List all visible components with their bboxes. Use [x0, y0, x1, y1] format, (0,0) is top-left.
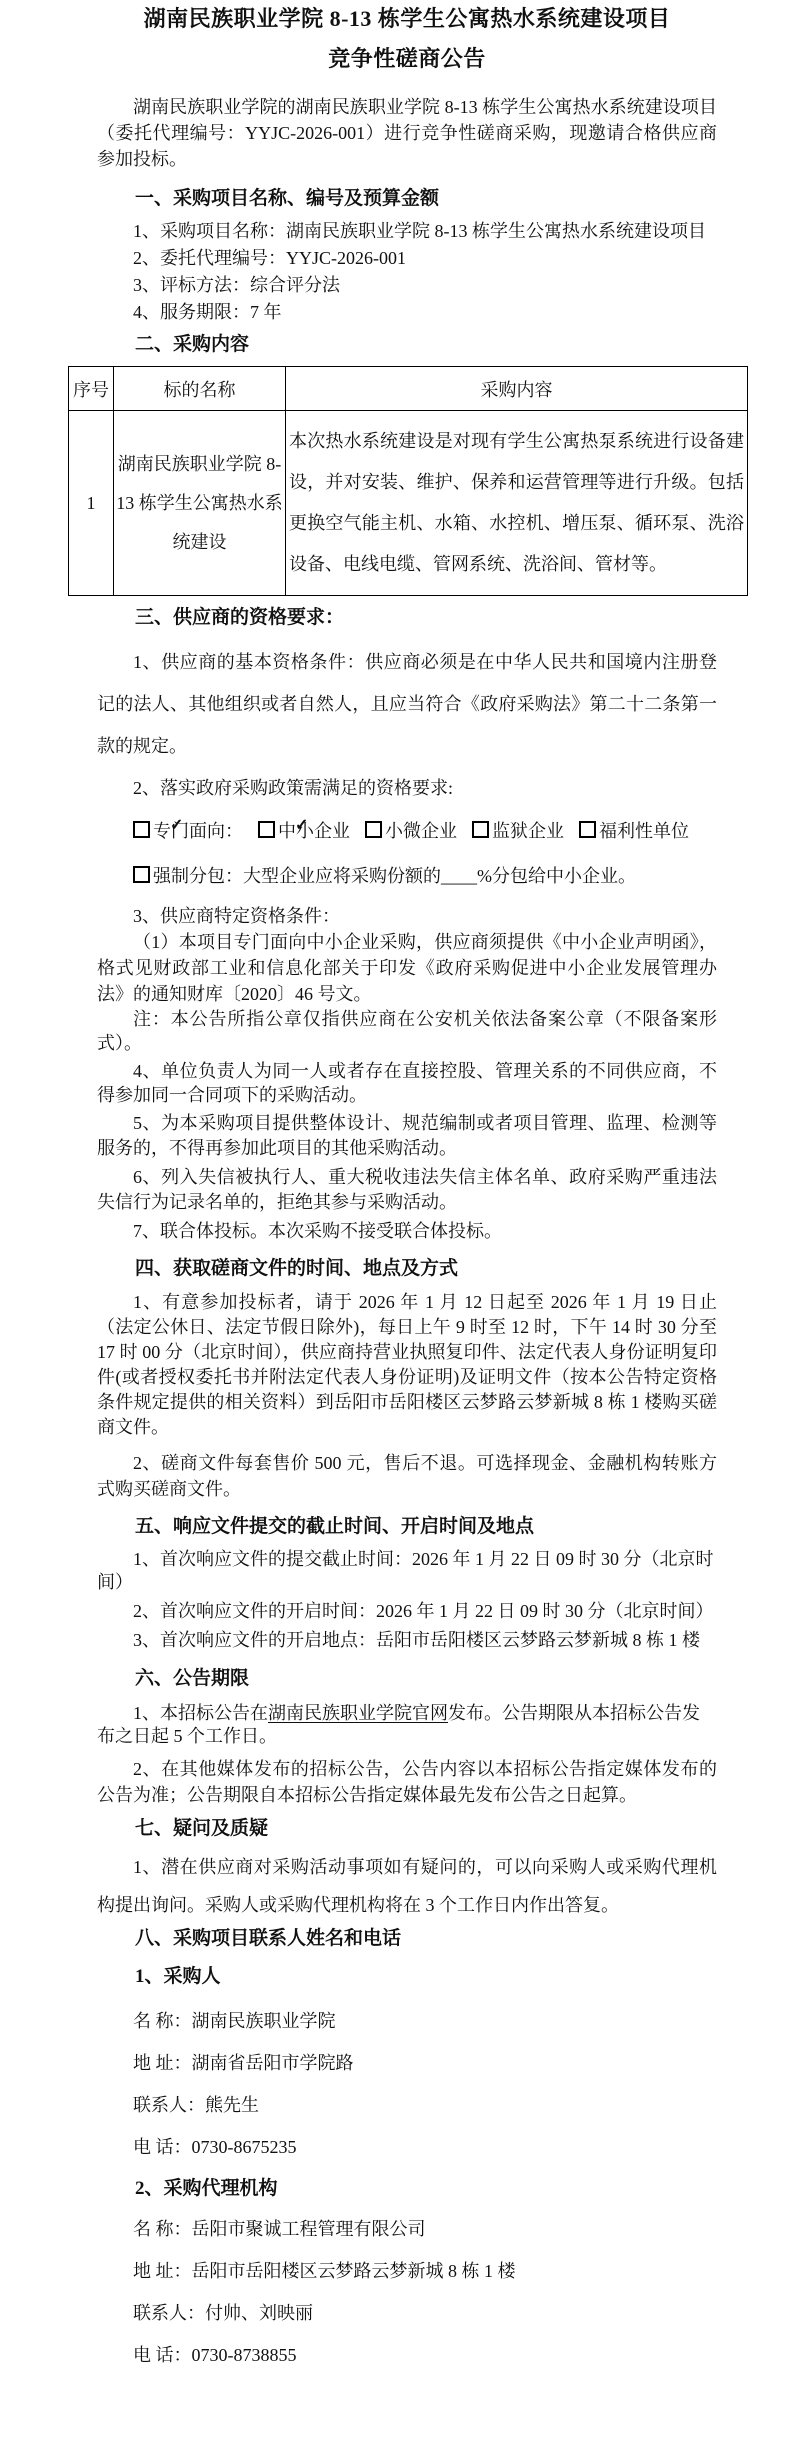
column-header-serial: 序号	[69, 367, 114, 411]
submission-deadline-paragraph: 1、首次响应文件的提交截止时间：2026 年 1 月 22 日 09 时 30 …	[97, 1548, 717, 1594]
option-label: 监狱企业	[492, 821, 564, 841]
checkbox-checked-icon: ✓	[258, 821, 275, 838]
basic-qualification-paragraph: 1、供应商的基本资格条件：供应商必须是在中华人民共和国境内注册登记的法人、其他组…	[97, 641, 717, 767]
section-8-heading: 八、采购项目联系人姓名和电话	[97, 1926, 717, 1952]
table-header-row: 序号 标的名称 采购内容	[69, 367, 748, 411]
sme-declaration-paragraph: （1）本项目专门面向中小企业采购，供应商须提供《中小企业声明函》，格式见财政部工…	[97, 929, 717, 1007]
option-label: 福利性单位	[599, 821, 689, 841]
document-price-paragraph: 2、磋商文件每套售价 500 元，售后不退。可选择现金、金融机构转账方式购买磋商…	[97, 1450, 717, 1502]
agency-address-line: 地 址：岳阳市岳阳楼区云梦路云梦新城 8 栋 1 楼	[97, 2250, 717, 2292]
project-name-item: 1、采购项目名称：湖南民族职业学院 8-13 栋学生公寓热水系统建设项目	[97, 218, 717, 245]
checkbox-checked-icon: ✓	[133, 821, 150, 838]
cell-serial-number: 1	[69, 411, 114, 596]
buyer-heading: 1、采购人	[97, 1964, 717, 1990]
option-welfare: 福利性单位	[579, 821, 689, 841]
buyer-name-line: 名 称：湖南民族职业学院	[97, 2000, 717, 2042]
check-icon: ✓	[134, 819, 183, 832]
specific-qualification-heading: 3、供应商特定资格条件：	[97, 903, 717, 929]
section-4-heading: 四、获取磋商文件的时间、地点及方式	[97, 1256, 717, 1282]
announcement-media-paragraph: 1、本招标公告在湖南民族职业学院官网发布。公告期限从本招标公告发布之日起 5 个…	[97, 1702, 717, 1748]
checkbox-empty-icon	[472, 821, 489, 838]
section-5-heading: 五、响应文件提交的截止时间、开启时间及地点	[97, 1514, 717, 1540]
check-icon: ✓	[259, 819, 308, 832]
buyer-contact-line: 联系人：熊先生	[97, 2084, 717, 2126]
option-prison: 监狱企业	[472, 821, 564, 841]
official-site-link[interactable]: 湖南民族职业学院官网	[268, 1703, 448, 1723]
intro-paragraph: 湖南民族职业学院的湖南民族职业学院 8-13 栋学生公寓热水系统建设项目（委托代…	[97, 94, 717, 172]
checkbox-empty-icon	[579, 821, 596, 838]
buyer-contact-block: 名 称：湖南民族职业学院 地 址：湖南省岳阳市学院路 联系人：熊先生 电 话：0…	[97, 2000, 717, 2168]
agency-heading: 2、采购代理机构	[97, 2176, 717, 2202]
section-1-heading: 一、采购项目名称、编号及预算金额	[97, 186, 717, 212]
announcement-media-prefix: 1、本招标公告在	[133, 1703, 268, 1723]
page-subtitle: 竞争性磋商公告	[97, 44, 717, 74]
evaluation-method-item: 3、评标方法：综合评分法	[97, 272, 717, 299]
design-service-rule-paragraph: 5、为本采购项目提供整体设计、规范编制或者项目管理、监理、检测等服务的，不得再参…	[97, 1111, 717, 1161]
option-sme: ✓中小企业	[258, 821, 350, 841]
buyer-phone-line: 电 话：0730-8675235	[97, 2126, 717, 2168]
buyer-address-line: 地 址：湖南省岳阳市学院路	[97, 2042, 717, 2084]
cell-procurement-content: 本次热水系统建设是对现有学生公寓热泵系统进行设备建设，并对安装、维护、保养和运营…	[286, 411, 748, 596]
section-7-heading: 七、疑问及质疑	[97, 1816, 717, 1842]
agency-code-item: 2、委托代理编号：YYJC-2026-001	[97, 245, 717, 272]
section-6-heading: 六、公告期限	[97, 1666, 717, 1692]
column-header-content: 采购内容	[286, 367, 748, 411]
table-row: 1 湖南民族职业学院 8-13 栋学生公寓热水系统建设 本次热水系统建设是对现有…	[69, 411, 748, 596]
dishonesty-list-rule-paragraph: 6、列入失信被执行人、重大税收违法失信主体名单、政府采购严重违法失信行为记录名单…	[97, 1165, 717, 1215]
checkbox-empty-icon	[365, 821, 382, 838]
checkbox-line-target-groups: ✓专门面向：✓中小企业小微企业监狱企业福利性单位	[97, 809, 717, 854]
option-label: 小微企业	[385, 821, 457, 841]
consortium-rule-paragraph: 7、联合体投标。本次采购不接受联合体投标。	[97, 1219, 717, 1244]
section-2-heading: 二、采购内容	[97, 332, 717, 358]
policy-requirement-paragraph: 2、落实政府采购政策需满足的资格要求:	[97, 767, 717, 809]
option-micro: 小微企业	[365, 821, 457, 841]
other-media-paragraph: 2、在其他媒体发布的招标公告，公告内容以本招标公告指定媒体发布的公告为准；公告期…	[97, 1756, 717, 1808]
procurement-content-table: 序号 标的名称 采购内容 1 湖南民族职业学院 8-13 栋学生公寓热水系统建设…	[68, 366, 748, 596]
subcontract-label: 强制分包：大型企业应将采购份额的____%分包给中小企业。	[153, 866, 636, 886]
option-dedicated: ✓专门面向：	[133, 821, 243, 841]
opening-place-paragraph: 3、首次响应文件的开启地点：岳阳市岳阳楼区云梦路云梦新城 8 栋 1 楼	[97, 1629, 717, 1652]
cell-subject-name: 湖南民族职业学院 8-13 栋学生公寓热水系统建设	[114, 411, 286, 596]
inquiry-paragraph: 1、潜在供应商对采购活动事项如有疑问的，可以向采购人或采购代理机构提出询问。采购…	[97, 1848, 717, 1924]
service-period-item: 4、服务期限：7 年	[97, 299, 717, 326]
column-header-subject: 标的名称	[114, 367, 286, 411]
section-3-heading: 三、供应商的资格要求：	[97, 605, 717, 631]
checkbox-empty-icon	[133, 866, 150, 883]
opening-time-paragraph: 2、首次响应文件的开启时间：2026 年 1 月 22 日 09 时 30 分（…	[97, 1600, 717, 1623]
page-title: 湖南民族职业学院 8-13 栋学生公寓热水系统建设项目	[97, 4, 717, 34]
agency-contact-block: 名 称：岳阳市聚诚工程管理有限公司 地 址：岳阳市岳阳楼区云梦路云梦新城 8 栋…	[97, 2208, 717, 2376]
same-person-rule-paragraph: 4、单位负责人为同一人或者存在直接控股、管理关系的不同供应商，不得参加同一合同项…	[97, 1059, 717, 1107]
agency-phone-line: 电 话：0730-8738855	[97, 2334, 717, 2376]
document-purchase-paragraph: 1、有意参加投标者，请于 2026 年 1 月 12 日起至 2026 年 1 …	[97, 1290, 717, 1440]
seal-note-paragraph: 注：本公告所指公章仅指供应商在公安机关依法备案公章（不限备案形式）。	[97, 1007, 717, 1055]
agency-name-line: 名 称：岳阳市聚诚工程管理有限公司	[97, 2208, 717, 2250]
checkbox-line-subcontract: 强制分包：大型企业应将采购份额的____%分包给中小企业。	[97, 854, 717, 899]
agency-contact-line: 联系人：付帅、刘映丽	[97, 2292, 717, 2334]
announcement-document: 湖南民族职业学院 8-13 栋学生公寓热水系统建设项目 竞争性磋商公告 湖南民族…	[0, 0, 800, 2458]
